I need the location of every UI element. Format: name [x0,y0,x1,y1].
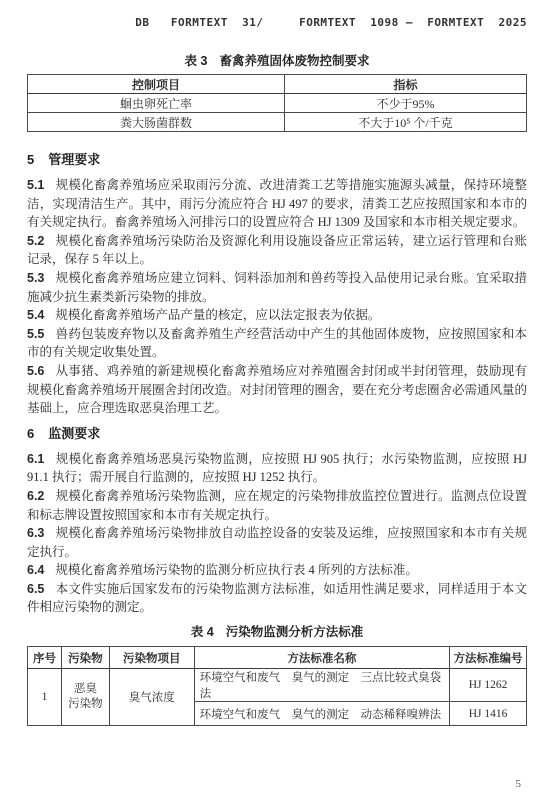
section5-number: 5 [27,152,34,167]
clause-text: 规模化畜禽养殖场污染物监测，应在规定的污染物排放监控位置进行。监测点位设置和标志… [27,489,527,522]
clause-number: 5.6 [27,364,44,378]
clause-5-6: 5.6从事猪、鸡养殖的新建规模化畜禽养殖场应对养殖圈舍封闭或半封闭管理，鼓励现有… [27,362,527,418]
table4-col-header-pollutant: 污染物 [61,647,109,669]
table3-cell-item: 蛔虫卵死亡率 [28,94,285,113]
table3-col-header-indicator: 指标 [284,75,526,94]
clause-text: 规模化畜禽养殖场应建立饲料、饲料添加剂和兽药等投入品使用记录台账。宜采取措施减少… [27,271,527,304]
table3-cell-item: 粪大肠菌群数 [28,113,285,132]
table4-title: 表 4污染物监测分析方法标准 [27,622,527,640]
table4-cell-pollutant: 恶臭 污染物 [61,669,109,726]
table4-col-header-method-code: 方法标准编号 [450,647,527,669]
section5-heading: 5管理要求 [27,149,527,168]
table3: 控制项目 指标 蛔虫卵死亡率 不少于95% 粪大肠菌群数 不大于10⁵ 个/千克 [27,74,527,132]
table4-cell-code: HJ 1262 [450,669,527,702]
table4-cell-method: 环境空气和废气 臭气的测定 三点比较式臭袋法 [194,669,450,702]
document-page: DB FORMTEXT 31/ FORMTEXT 1098 — FORMTEXT… [0,0,554,798]
table3-col-header-item: 控制项目 [28,75,285,94]
clause-6-4: 6.4规模化畜禽养殖场污染物的监测分析应执行表 4 所列的方法标准。 [27,561,527,580]
section5-title: 管理要求 [48,152,100,167]
table3-title: 表 3畜禽养殖固体废物控制要求 [27,51,527,69]
table3-title-label: 表 3 [185,54,208,68]
clause-text: 兽药包装废弃物以及畜禽养殖生产经营活动中产生的其他固体废物，应按照国家和本市的有… [27,327,527,360]
table4-col-header-method-name: 方法标准名称 [194,647,450,669]
section6-heading: 6监测要求 [27,423,527,442]
clause-5-1: 5.1规模化畜禽养殖场应采取雨污分流、改进清粪工艺等措施实施源头减量，保持环境整… [27,176,527,232]
table4-col-header-index: 序号 [28,647,62,669]
table-row: 1 恶臭 污染物 臭气浓度 环境空气和废气 臭气的测定 三点比较式臭袋法 HJ … [28,669,527,702]
table3-cell-value: 不大于10⁵ 个/千克 [284,113,526,132]
clause-number: 5.5 [27,327,44,341]
table4-col-header-item: 污染物项目 [109,647,194,669]
table4-title-text: 污染物监测分析方法标准 [226,625,364,639]
clause-text: 从事猪、鸡养殖的新建规模化畜禽养殖场应对养殖圈舍封闭或半封闭管理，鼓励现有规模化… [27,364,527,415]
table4-header-row: 序号 污染物 污染物项目 方法标准名称 方法标准编号 [28,647,527,669]
clause-6-3: 6.3规模化畜禽养殖场污染物排放自动监控设备的安装及运维，应按照国家和本市有关规… [27,524,527,561]
clause-number: 5.3 [27,271,44,285]
clause-number: 6.3 [27,526,44,540]
clause-5-5: 5.5兽药包装废弃物以及畜禽养殖生产经营活动中产生的其他固体废物，应按照国家和本… [27,325,527,362]
clause-number: 5.4 [27,308,44,322]
clause-number: 6.2 [27,489,44,503]
clause-6-5: 6.5本文件实施后国家发布的污染物监测方法标准，如适用性满足要求，同样适用于本文… [27,580,527,617]
clause-number: 6.1 [27,452,44,466]
clause-6-1: 6.1规模化畜禽养殖场恶臭污染物监测，应按照 HJ 905 执行；水污染物监测，… [27,450,527,487]
pollutant-line-1: 恶臭 [62,682,109,697]
clause-5-3: 5.3规模化畜禽养殖场应建立饲料、饲料添加剂和兽药等投入品使用记录台账。宜采取措… [27,269,527,306]
document-code-header: DB FORMTEXT 31/ FORMTEXT 1098 — FORMTEXT… [27,0,527,29]
clause-text: 规模化畜禽养殖场产品产量的核定，应以法定报表为依据。 [55,308,380,322]
clause-text: 规模化畜禽养殖场污染物的监测分析应执行表 4 所列的方法标准。 [55,563,418,577]
clause-text: 本文件实施后国家发布的污染物监测方法标准，如适用性满足要求，同样适用于本文件相应… [27,582,527,615]
table4-cell-item: 臭气浓度 [109,669,194,726]
table3-header-row: 控制项目 指标 [28,75,527,94]
table3-cell-value: 不少于95% [284,94,526,113]
table-row: 粪大肠菌群数 不大于10⁵ 个/千克 [28,113,527,132]
table4-title-label: 表 4 [191,625,214,639]
table4: 序号 污染物 污染物项目 方法标准名称 方法标准编号 1 恶臭 污染物 臭气浓度… [27,646,527,726]
clause-text: 规模化畜禽养殖场污染防治及资源化利用设施设备应正常运转，建立运行管理和台账记录，… [27,234,527,267]
table4-cell-index: 1 [28,669,62,726]
table4-cell-code: HJ 1416 [450,702,527,726]
section6-title: 监测要求 [48,426,100,441]
clause-text: 规模化畜禽养殖场应采取雨污分流、改进清粪工艺等措施实施源头减量，保持环境整洁，实… [27,178,527,229]
clause-6-2: 6.2规模化畜禽养殖场污染物监测，应在规定的污染物排放监控位置进行。监测点位设置… [27,487,527,524]
clause-text: 规模化畜禽养殖场污染物排放自动监控设备的安装及运维，应按照国家和本市有关规定执行… [27,526,527,559]
page-number: 5 [516,778,522,790]
clause-5-2: 5.2规模化畜禽养殖场污染防治及资源化利用设施设备应正常运转，建立运行管理和台账… [27,232,527,269]
clause-number: 5.1 [27,178,44,192]
clause-text: 规模化畜禽养殖场恶臭污染物监测，应按照 HJ 905 执行；水污染物监测，应按照… [27,452,527,485]
table-row: 蛔虫卵死亡率 不少于95% [28,94,527,113]
clause-number: 6.4 [27,563,44,577]
table4-cell-method: 环境空气和废气 臭气的测定 动态稀释嗅辨法 [194,702,450,726]
clause-5-4: 5.4规模化畜禽养殖场产品产量的核定，应以法定报表为依据。 [27,306,527,325]
section6-number: 6 [27,426,34,441]
clause-number: 5.2 [27,234,44,248]
clause-number: 6.5 [27,582,44,596]
pollutant-line-2: 污染物 [62,697,109,712]
table3-title-text: 畜禽养殖固体废物控制要求 [219,54,369,68]
